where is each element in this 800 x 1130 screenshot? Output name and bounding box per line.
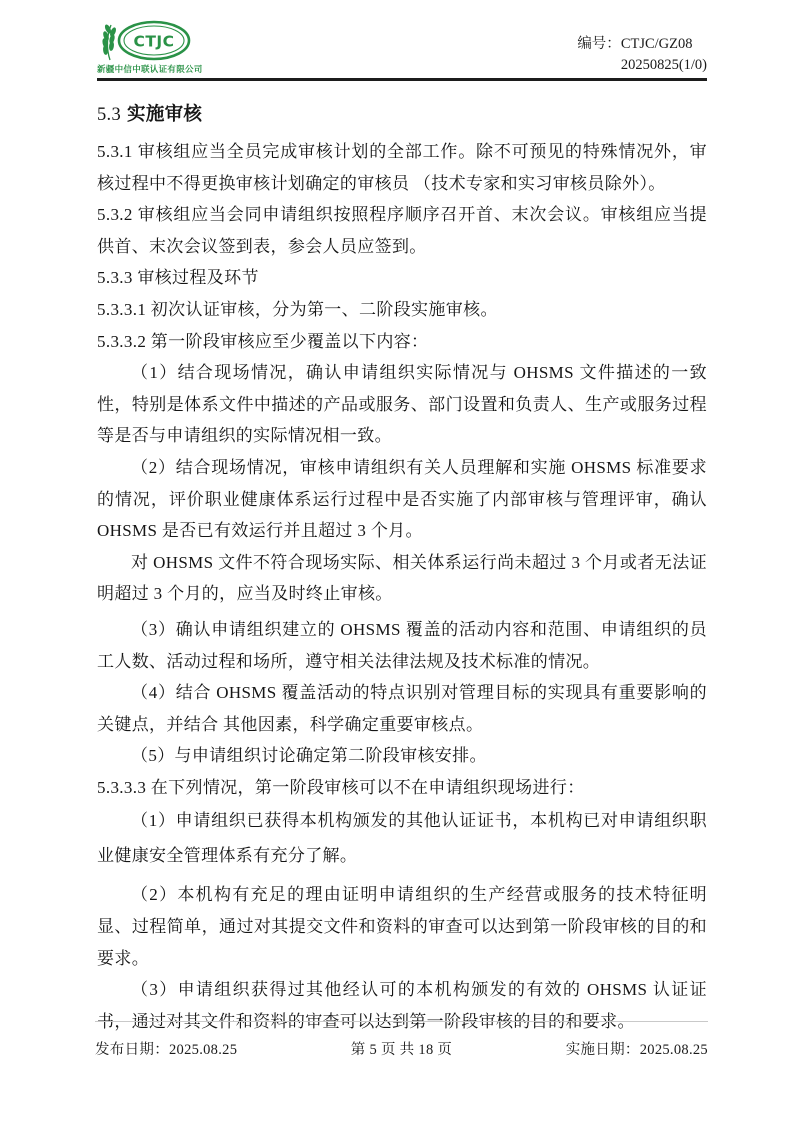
document-body: 5.3实施审核 5.3.1 审核组应当全员完成审核计划的全部工作。除不可预见的特… — [97, 102, 707, 1037]
paragraph-5-3-3-1: 5.3.3.1 初次认证审核，分为第一、二阶段实施审核。 — [97, 294, 707, 326]
section-title: 实施审核 — [127, 105, 202, 125]
company-name: 新疆中信中联认证有限公司 — [97, 63, 203, 75]
footer-divider: 发布日期：2025.08.25 第 5 页 共 18 页 实施日期：2025.0… — [95, 1021, 708, 1059]
wheat-icon — [102, 24, 116, 60]
paragraph-5-3-3: 5.3.3 审核过程及环节 — [97, 262, 707, 294]
paragraph-item-4: （4）结合 OHSMS 覆盖活动的特点识别对管理目标的实现具有重要影响的关键点，… — [97, 677, 707, 740]
paragraph-5-3-1: 5.3.1 审核组应当全员完成审核计划的全部工作。除不可预见的特殊情况外，审核过… — [97, 136, 707, 199]
ctjc-logo-icon: CTJC — [97, 20, 193, 62]
paragraph-note: 对 OHSMS 文件不符合现场实际、相关体系运行尚未超过 3 个月或者无法证明超… — [97, 547, 707, 610]
implementation-date: 实施日期：2025.08.25 — [566, 1038, 708, 1059]
company-logo: CTJC 新疆中信中联认证有限公司 — [97, 20, 203, 75]
doc-number-block: 编号： CTJC/GZ08 20250825(1/0) — [577, 34, 707, 76]
paragraph-item-2b: （2）本机构有充足的理由证明申请组织的生产经营或服务的技术特征明显、过程简单，通… — [97, 879, 707, 974]
paragraph-item-1b: （1）申请组织已获得本机构颁发的其他认证证书，本机构已对申请组织职业健康安全管理… — [97, 803, 707, 873]
release-date-value: 2025.08.25 — [169, 1042, 237, 1058]
page-header: CTJC 新疆中信中联认证有限公司 编号： CTJC/GZ08 20250825… — [97, 20, 707, 78]
header-divider — [97, 78, 707, 81]
doc-version-value: 20250825(1/0) — [621, 55, 707, 76]
implementation-date-label: 实施日期： — [566, 1042, 640, 1058]
page-indicator: 第 5 页 共 18 页 — [351, 1038, 452, 1059]
paragraph-5-3-2: 5.3.2 审核组应当会同申请组织按照程序顺序召开首、末次会议。审核组应当提供首… — [97, 199, 707, 262]
logo-text: CTJC — [133, 33, 174, 51]
paragraph-item-3: （3）确认申请组织建立的 OHSMS 覆盖的活动内容和范围、申请组织的员工人数、… — [97, 614, 707, 677]
page-footer: 发布日期：2025.08.25 第 5 页 共 18 页 实施日期：2025.0… — [95, 1038, 708, 1059]
section-heading: 5.3实施审核 — [97, 102, 707, 128]
paragraph-5-3-3-2: 5.3.3.2 第一阶段审核应至少覆盖以下内容： — [97, 326, 707, 358]
paragraph-item-2: （2）结合现场情况，审核申请组织有关人员理解和实施 OHSMS 标准要求的情况，… — [97, 452, 707, 547]
paragraph-item-1: （1）结合现场情况，确认申请组织实际情况与 OHSMS 文件描述的一致性，特别是… — [97, 357, 707, 452]
section-number: 5.3 — [97, 105, 121, 125]
paragraph-5-3-3-3: 5.3.3.3 在下列情况，第一阶段审核可以不在申请组织现场进行： — [97, 772, 707, 804]
release-date-label: 发布日期： — [95, 1042, 169, 1058]
document-page: CTJC 新疆中信中联认证有限公司 编号： CTJC/GZ08 20250825… — [0, 0, 800, 1130]
doc-number-label: 编号： — [577, 34, 621, 76]
release-date: 发布日期：2025.08.25 — [95, 1038, 237, 1059]
doc-number-value: CTJC/GZ08 — [621, 34, 693, 55]
implementation-date-value: 2025.08.25 — [640, 1042, 708, 1058]
paragraph-item-5: （5）与申请组织讨论确定第二阶段审核安排。 — [97, 740, 707, 772]
